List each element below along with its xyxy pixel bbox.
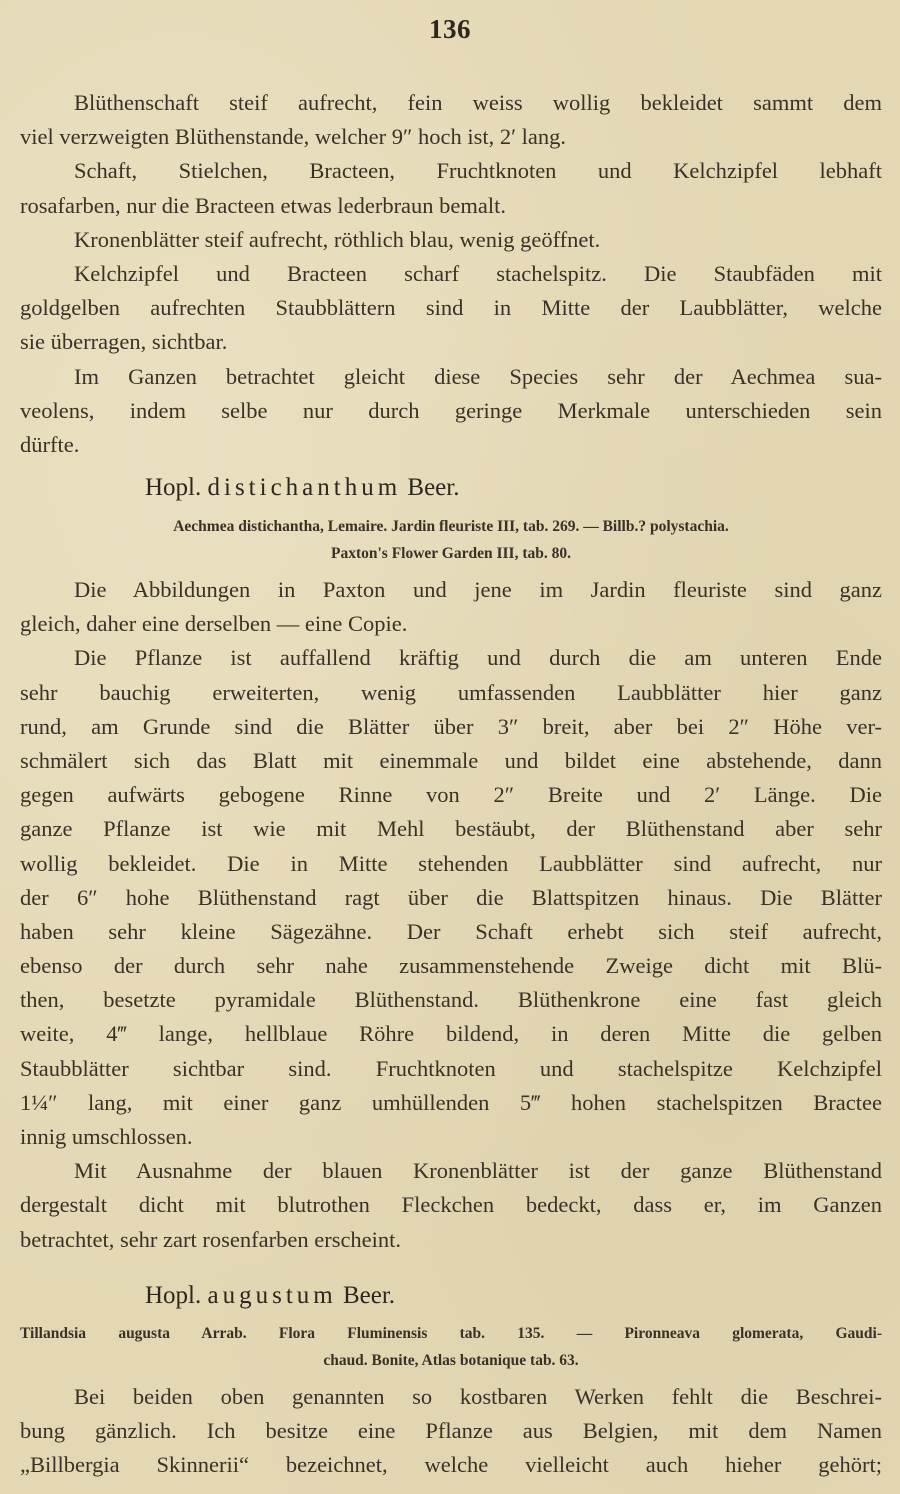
- text-line: schmälert sich das Blatt mit einemmale u…: [20, 744, 882, 778]
- text-line: Blüthenschaft steif aufrecht, fein weiss…: [20, 86, 882, 120]
- page-number: 136: [0, 14, 900, 45]
- text-line: gleich, daher eine derselben — eine Copi…: [20, 607, 882, 641]
- text-line: Die Abbildungen in Paxton und jene im Ja…: [20, 573, 882, 607]
- heading-author: Beer.: [343, 1282, 395, 1309]
- paragraph-block-continuation: Blüthenschaft steif aufrecht, fein weiss…: [20, 86, 882, 462]
- heading-epithet: augustum: [208, 1282, 337, 1309]
- heading-author: Beer.: [407, 474, 459, 501]
- text-line: dergestalt dicht mit blutrothen Fleckche…: [20, 1188, 882, 1222]
- text-line: then, besetzte pyramidale Blüthenstand. …: [20, 983, 882, 1017]
- text-line: Bei beiden oben genannten so kostbaren W…: [20, 1380, 882, 1414]
- heading-genus: Hopl.: [145, 474, 201, 501]
- text-line: haben sehr kleine Sägezähne. Der Schaft …: [20, 915, 882, 949]
- synonymy-augustum: Tillandsia augusta Arrab. Flora Fluminen…: [20, 1320, 882, 1374]
- text-line: veolens, indem selbe nur durch geringe M…: [20, 394, 882, 428]
- text-line: goldgelben aufrechten Staubblättern sind…: [20, 291, 882, 325]
- paragraph-block-augustum: Bei beiden oben genannten so kostbaren W…: [20, 1380, 882, 1483]
- synonym-line: Paxton's Flower Garden III, tab. 80.: [20, 540, 882, 567]
- book-page: 136 Blüthenschaft steif aufrecht, fein w…: [0, 0, 900, 1494]
- text-line: ebenso der durch sehr nahe zusammenstehe…: [20, 949, 882, 983]
- text-line: Schaft, Stielchen, Bracteen, Fruchtknote…: [20, 154, 882, 188]
- synonym-line: Aechmea distichantha, Lemaire. Jardin fl…: [20, 513, 882, 540]
- text-line: rund, am Grunde sind die Blätter über 3″…: [20, 710, 882, 744]
- text-line: bung gänzlich. Ich besitze eine Pflanze …: [20, 1414, 882, 1448]
- text-line: Die Pflanze ist auffallend kräftig und d…: [20, 641, 882, 675]
- text-line: ganze Pflanze ist wie mit Mehl bestäubt,…: [20, 812, 882, 846]
- synonym-line: Tillandsia augusta Arrab. Flora Fluminen…: [20, 1320, 882, 1347]
- species-heading-augustum: Hopl. augustum Beer.: [145, 1282, 395, 1310]
- text-line: dürfte.: [20, 428, 882, 462]
- paragraph-block-distichanthum: Die Abbildungen in Paxton und jene im Ja…: [20, 573, 882, 1257]
- synonym-line: chaud. Bonite, Atlas botanique tab. 63.: [20, 1347, 882, 1374]
- text-line: Staubblätter sichtbar sind. Fruchtknoten…: [20, 1052, 882, 1086]
- text-line: sie überragen, sichtbar.: [20, 325, 882, 359]
- heading-genus: Hopl.: [145, 1282, 201, 1309]
- text-line: sehr bauchig erweiterten, wenig umfassen…: [20, 676, 882, 710]
- text-line: der 6″ hohe Blüthenstand ragt über die B…: [20, 881, 882, 915]
- synonymy-distichanthum: Aechmea distichantha, Lemaire. Jardin fl…: [20, 513, 882, 567]
- text-line: viel verzweigten Blüthenstande, welcher …: [20, 120, 882, 154]
- text-line: betrachtet, sehr zart rosenfarben ersche…: [20, 1223, 882, 1257]
- text-line: 1¼″ lang, mit einer ganz umhüllenden 5‴ …: [20, 1086, 882, 1120]
- text-line: Kelchzipfel und Bracteen scharf stachels…: [20, 257, 882, 291]
- text-line: wollig bekleidet. Die in Mitte stehenden…: [20, 847, 882, 881]
- text-line: Kronenblätter steif aufrecht, röthlich b…: [20, 223, 882, 257]
- text-line: weite, 4‴ lange, hellblaue Röhre bildend…: [20, 1017, 882, 1051]
- text-line: „Billbergia Skinnerii“ bezeichnet, welch…: [20, 1448, 882, 1482]
- text-line: Im Ganzen betrachtet gleicht diese Speci…: [20, 360, 882, 394]
- text-line: innig umschlossen.: [20, 1120, 882, 1154]
- text-line: Mit Ausnahme der blauen Kronenblätter is…: [20, 1154, 882, 1188]
- heading-epithet: distichanthum: [208, 474, 402, 501]
- text-line: rosafarben, nur die Bracteen etwas leder…: [20, 189, 882, 223]
- species-heading-distichanthum: Hopl. distichanthum Beer.: [145, 474, 459, 502]
- text-line: gegen aufwärts gebogene Rinne von 2″ Bre…: [20, 778, 882, 812]
